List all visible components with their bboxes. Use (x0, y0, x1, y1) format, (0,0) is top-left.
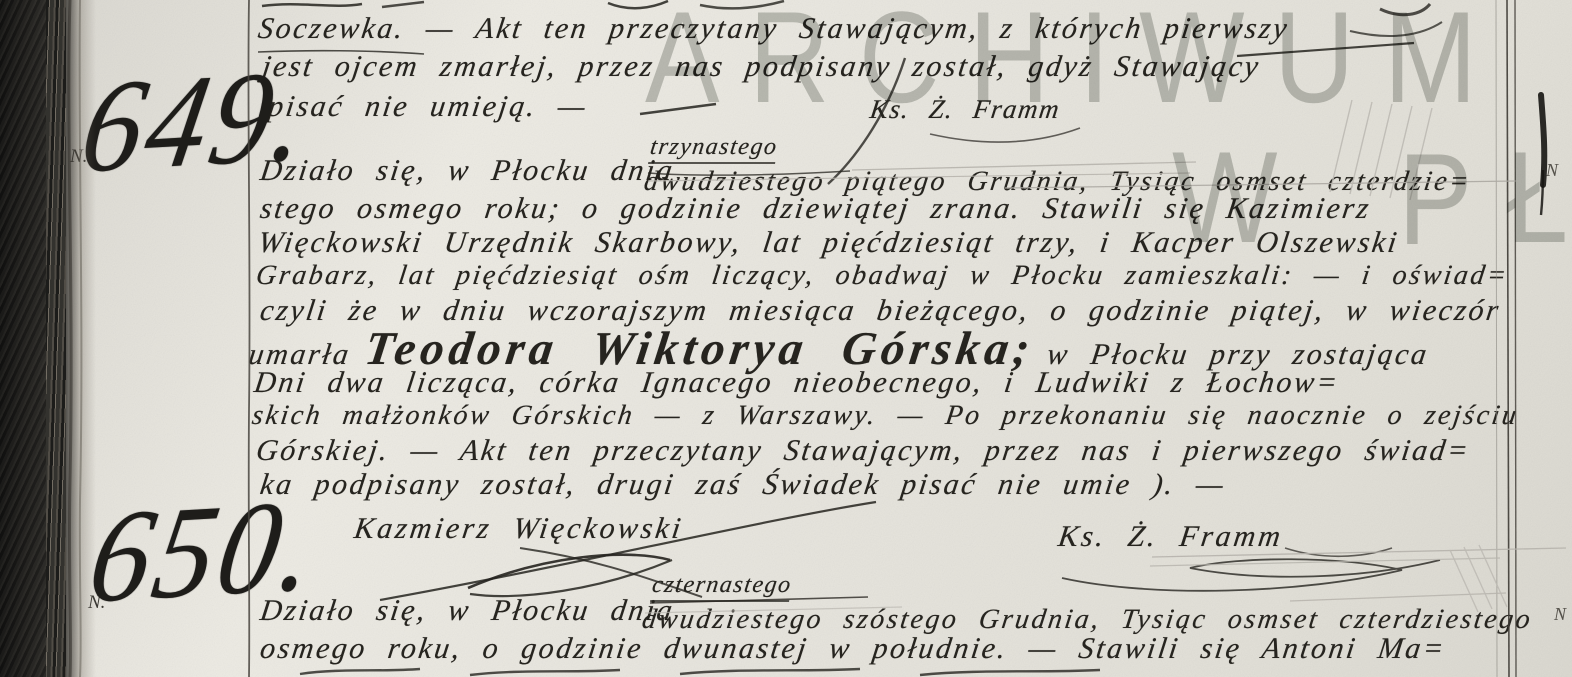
line6-suffix: w Płocku przy zostająca (1045, 338, 1431, 372)
clergy-signature: Ks. Ż. Framm (1056, 520, 1285, 554)
cut-off-text-strokes (262, 4, 362, 6)
clergy-signature: Ks. Ż. Framm (868, 94, 1062, 125)
handwritten-line: czyli że w dniu wczorajszym miesiąca bie… (258, 294, 1503, 328)
handwritten-line: Więckowski Urzędnik Skarbowy, lat pięćdz… (256, 226, 1401, 260)
book-binding-edge (0, 0, 46, 677)
inserted-julian-date: trzynastego (648, 134, 779, 164)
pencil-hatch-marks (1330, 100, 1432, 200)
register-page-scan: Soczewka. — Akt ten przeczytany Stawając… (0, 0, 1572, 677)
watermark-text: ARCHIWUM (645, 0, 1506, 122)
deceased-name: Teodora Wiktorya Górska; (362, 322, 1038, 376)
binding-ridges (46, 0, 66, 677)
binding-shadow-fade (66, 0, 96, 677)
signature-flourish (1062, 559, 1440, 591)
handwritten-line: stego osmego roku; o godzinie dziewiątej… (258, 192, 1373, 226)
ink-stroke (1541, 95, 1544, 185)
handwritten-line: Dni dwa licząca, córka Ignacego nieobecn… (252, 366, 1342, 400)
handwritten-line: dwudziestego szóstego Grudnia, Tysiąc os… (640, 604, 1535, 636)
line6-prefix: umarła (247, 338, 353, 372)
handwritten-line: pisać nie umieją. — (266, 90, 590, 124)
handwritten-line: osmego roku, o godzinie dwunastej w połu… (258, 632, 1448, 666)
handwritten-line: ka podpisany został, drugi zaś Świadek p… (258, 468, 1228, 502)
record-number-650: 650. (81, 479, 329, 624)
handwritten-line: Górskiej. — Akt ten przeczytany Stawając… (254, 434, 1473, 468)
handwritten-line-deceased-name: umarła Teodora Wiktorya Górska; w Płocku… (246, 322, 1433, 376)
record-number-649: 649. (73, 49, 321, 194)
handwritten-line: dwudziestego piątego Grudnia, Tysiąc osm… (642, 166, 1473, 198)
pencil-line (852, 162, 1196, 170)
handwritten-line: Soczewka. — Akt ten przeczytany Stawając… (256, 12, 1291, 46)
watermark-letter: W (1172, 132, 1278, 262)
pencil-hatch-marks (1450, 545, 1507, 612)
right-margin-mark: N (1554, 604, 1566, 625)
handwritten-line: jest ojcem zmarłej, przez nas podpisany … (260, 50, 1263, 84)
handwritten-line: Działo się, w Płocku dnia (258, 594, 677, 628)
right-margin-mark: N (1546, 160, 1558, 181)
signature-flourish (380, 502, 876, 600)
cut-off-text-strokes (300, 669, 420, 674)
handwritten-line: skich małżonków Górskich — z Warszawy. —… (250, 400, 1521, 432)
inserted-julian-date: czternastego (650, 572, 794, 602)
watermark-letter: Ł (1506, 132, 1568, 262)
watermark-letter: P (1398, 134, 1473, 264)
handwritten-line: Działo się, w Płocku dnia (258, 154, 677, 188)
handwritten-line: Grabarz, lat pięćdziesiąt ośm liczący, o… (254, 260, 1511, 292)
witness-signature: Kazmierz Więckowski (352, 512, 686, 546)
